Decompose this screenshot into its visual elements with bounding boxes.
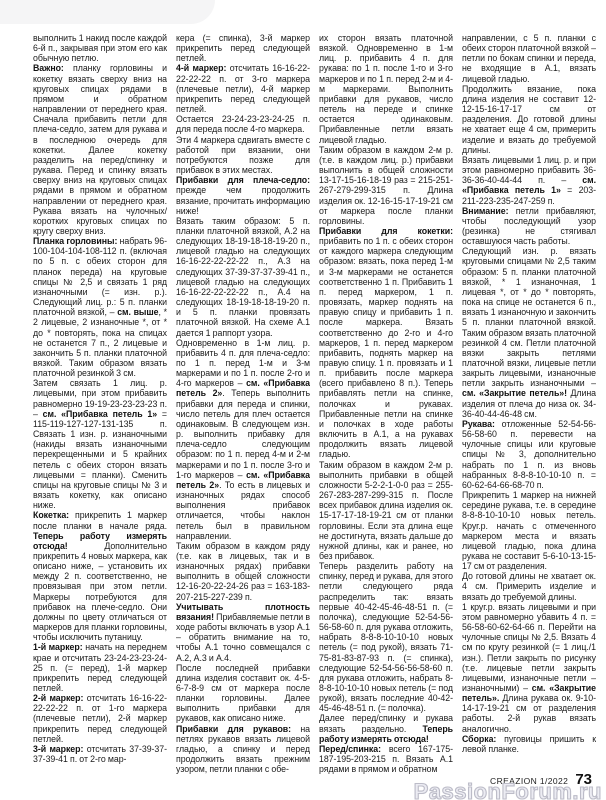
text-run: Таким образом в каждом ряду (т.е. как в … [176,541,310,602]
bold-run: см. «Закрытие петель»! [462,388,567,398]
text-run: Дополнительно прикрепить 4 новых маркера… [33,541,167,642]
text-run: Теперь разделить работу на спинку, перед… [319,561,453,713]
text-column-3: их сторон вязать платочной вязкой. Однов… [319,33,453,790]
bold-run: Прибавки для кокетки: [319,226,453,236]
paragraph: Прикрепить 1 маркер на нижней середине р… [462,490,596,571]
text-run: планку горловины и кокетку вязать сверху… [33,63,167,236]
text-run: До готовой длины не хватает ок. 4 см. Пр… [462,571,596,601]
paragraph: Остается 23-24-23-23-24-25 п. для переда… [176,114,310,134]
paragraph: направлении, с 5 п. планки с обеих сторо… [462,33,596,84]
text-run: Прикрепить 1 маркер на нижней середине р… [462,490,596,571]
text-column-1: выполнить 1 накид после каждой 6-й п., з… [33,33,167,790]
bold-run: Рукава: [462,419,495,429]
bold-run: Кокетка: [33,510,69,520]
text-run: 1 круг.р. вязать лицевыми и при этом рав… [462,602,596,693]
bold-run: 3-й маркер: [33,744,83,754]
paragraph: кера (= спинка), 3-й маркер прикрепить п… [176,33,310,63]
paragraph: 3-й маркер: отсчитать 37-39-37-37-39-41 … [33,744,167,764]
bold-run: Планка горловины: [33,236,117,246]
bold-run: 1-й маркер: [33,642,83,652]
text-run: Следующий изн. р. вязать круговыми спица… [462,246,596,388]
bold-run: см. выше [117,307,158,317]
text-run: набрать 96-100-104-104-108-112 п. (включ… [33,236,167,317]
paragraph: Прибавки для плеча-седло: прежде чем про… [176,175,310,216]
bold-run: Внимание: [462,206,508,216]
text-run: Эти 4 маркера сдвигать вместе с работой … [176,135,310,175]
paragraph: Таким образом в каждом ряду (т.е. как в … [176,541,310,602]
paragraph: Прибавки для рукавов: на петлях рукавов … [176,724,310,775]
bold-run: Прибавки для плеча-седло: [176,175,310,185]
bold-run: Сборка: [462,734,496,744]
text-run: Вязать лицевыми 1 лиц. р. и при этом рав… [462,155,596,185]
text-column-2: кера (= спинка), 3-й маркер прикрепить п… [176,33,310,790]
text-run: их сторон вязать платочной вязкой. Однов… [319,33,453,145]
paragraph: Продолжить вязание, пока длина изделия н… [462,84,596,155]
bold-run: Перед/спинка: [319,744,381,754]
text-run: Остается 23-24-23-23-24-25 п. для переда… [176,114,310,134]
paragraph: Вязать таким образом: 5 п. планки платоч… [176,216,310,338]
paragraph: Вязать лицевыми 1 лиц. р. и при этом рав… [462,155,596,206]
paragraph: До готовой длины не хватает ок. 4 см. Пр… [462,571,596,601]
paragraph: Таким образом в каждом 2-м р. выполнить … [319,460,453,562]
paragraph: Сборка: пуговицы пришить к левой планке. [462,734,596,754]
paragraph: 2-й маркер: отсчитать 16-16-22-22-22-22 … [33,693,167,744]
text-run: прибавить по 1 п. с обеих сторон от кажд… [319,236,453,459]
paragraph: выполнить 1 накид после каждой 6-й п., з… [33,33,167,63]
paragraph: Важно: планку горловины и кокетку вязать… [33,63,167,236]
text-run: После последней прибавки длина изделия с… [176,663,310,724]
paragraph: Таким образом в каждом 2-м р. (т.е. в ка… [319,145,453,226]
text-run: Таким образом в каждом 2-м р. выполнить … [319,460,453,561]
paragraph: Одновременно в 1-м лиц. р. прибавить 4 п… [176,338,310,541]
bold-run: 4-й маркер: [176,63,226,73]
paragraph: Перед/спинка: всего 167-175-187-195-203-… [319,744,453,774]
paragraph: Планка горловины: набрать 96-100-104-104… [33,236,167,378]
paragraph: Учитывать плотность вязания! Прибавляемы… [176,602,310,663]
magazine-page: выполнить 1 накид после каждой 6-й п., з… [0,0,606,800]
text-run: = 115-119-127-127-131-135 п. Связать 1 и… [33,409,167,510]
paragraph: 1-й маркер: начать на переднем крае и от… [33,642,167,693]
watermark: PassionForum.ru [414,779,602,800]
text-run: прежде чем продолжить вязание, прочитать… [176,185,310,215]
paragraph: Затем связать 1 лиц. р. лицевыми, при эт… [33,378,167,510]
bold-run: Прибавки для рукавов: [176,724,291,734]
paragraph: Следующий изн. р. вязать круговыми спица… [462,246,596,419]
scan-artifact [0,0,215,24]
paragraph: Внимание: петли прибавляют, чтобы послед… [462,206,596,247]
paragraph: Далее перед/спинку и рукава вязать разде… [319,713,453,743]
text-run: , * 2 лицевые, 2 изнаночные *, от * до *… [33,307,167,378]
paragraph: Теперь разделить работу на спинку, перед… [319,561,453,713]
bold-run: 2-й маркер: [33,693,83,703]
text-run: отложенные 52-54-56-56-58-60 п. перевест… [462,419,596,490]
paragraph: Рукава: отложенные 52-54-56-56-58-60 п. … [462,419,596,490]
article-text: выполнить 1 накид после каждой 6-й п., з… [33,33,596,790]
text-run: кера (= спинка), 3-й маркер прикрепить п… [176,33,310,63]
text-run: Таким образом в каждом 2-м р. (т.е. в ка… [319,145,453,226]
paragraph: их сторон вязать платочной вязкой. Однов… [319,33,453,145]
paragraph: Эти 4 маркера сдвигать вместе с работой … [176,135,310,176]
bold-run: Важно: [33,63,64,73]
text-run: выполнить 1 накид после каждой 6-й п., з… [33,33,167,63]
paragraph: 4-й маркер: отсчитать 16-16-22-22-22-22 … [176,63,310,114]
paragraph: Кокетка: прикрепить 1 маркер после планк… [33,510,167,642]
paragraph: После последней прибавки длина изделия с… [176,663,310,724]
text-column-4: направлении, с 5 п. планки с обеих сторо… [462,33,596,790]
paragraph: 1 круг.р. вязать лицевыми и при этом рав… [462,602,596,734]
text-run: Продолжить вязание, пока длина изделия н… [462,84,596,155]
text-run: Вязать таким образом: 5 п. планки платоч… [176,216,310,338]
paragraph: Прибавки для кокетки: прибавить по 1 п. … [319,226,453,460]
text-run: . Теперь выполнить прибавки для переда и… [176,388,310,479]
text-run: направлении, с 5 п. планки с обеих сторо… [462,33,596,84]
bold-run: см. «Прибавка петель 1» [43,409,157,419]
